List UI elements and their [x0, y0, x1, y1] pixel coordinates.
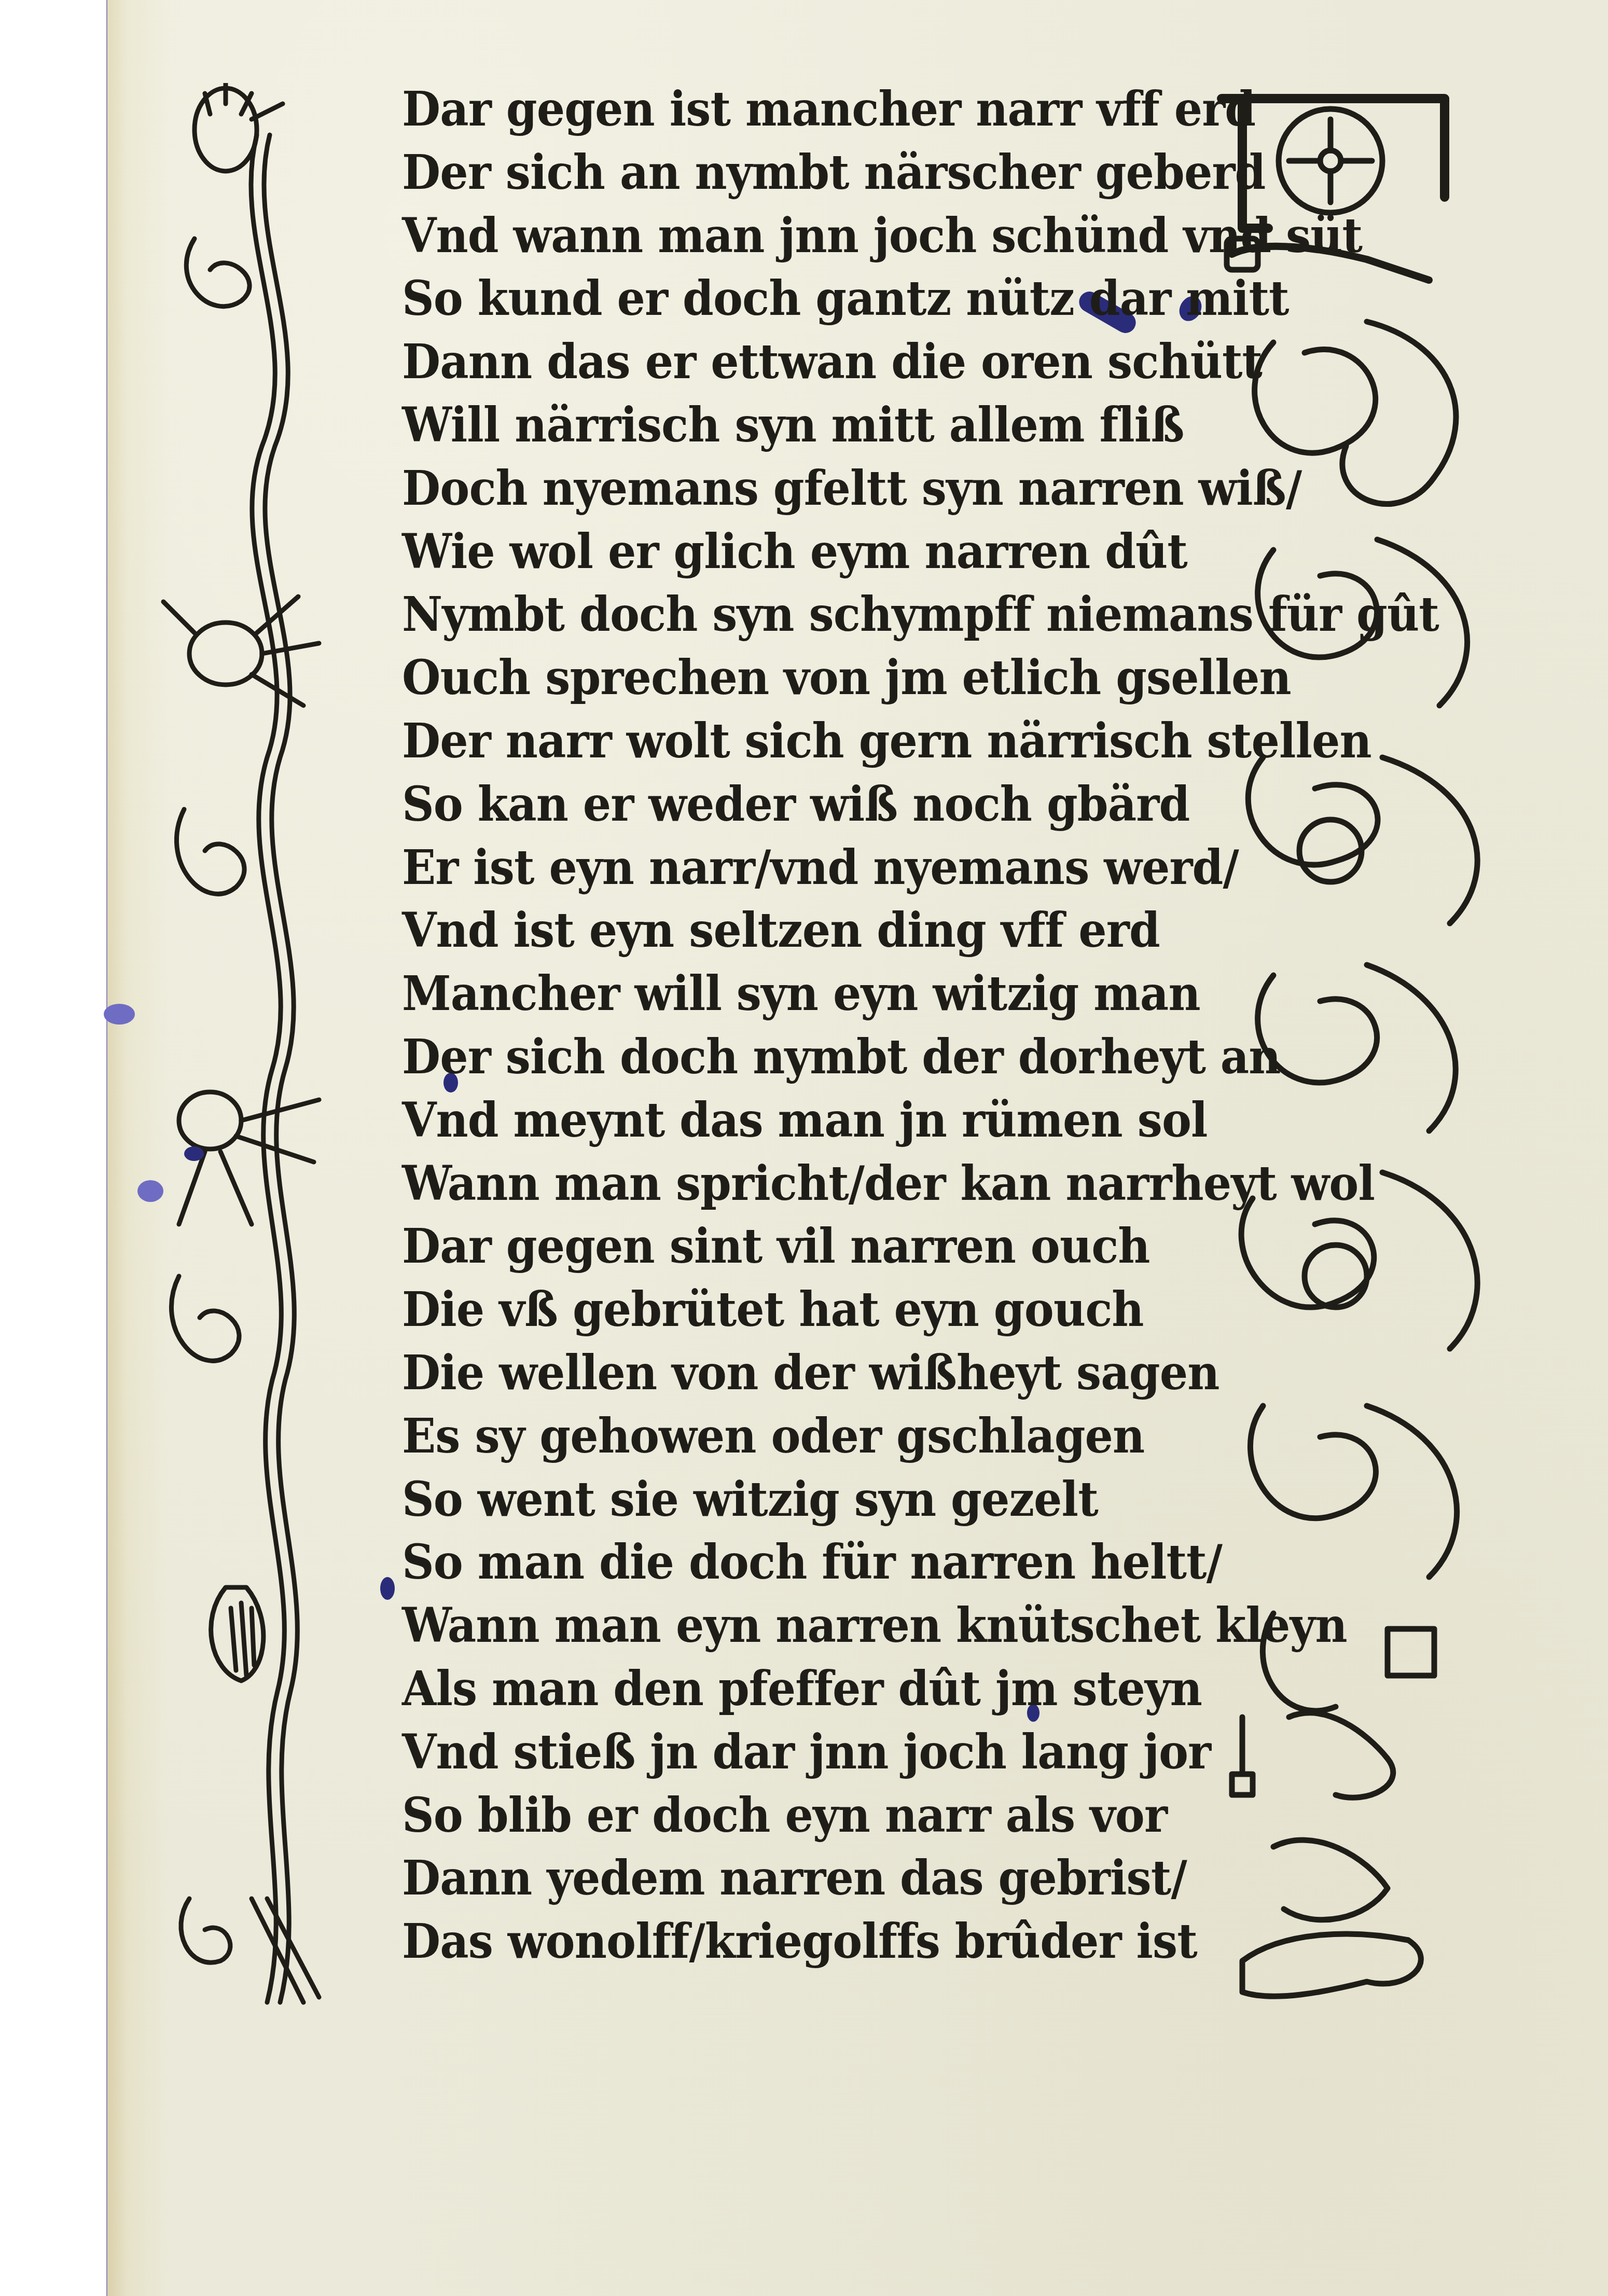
verse-line: Mancher will syn eyn witzig man	[402, 962, 1319, 1026]
verse-line: Doch nyemans gfeltt syn narren wiß/	[402, 457, 1319, 520]
verse-line: Wann man eyn narren knütschet kleyn	[402, 1594, 1319, 1657]
verse-line: Vnd wann man jnn joch schünd vnd süt	[402, 204, 1319, 268]
verse-line: Der narr wolt sich gern närrisch stellen	[402, 710, 1319, 773]
verse-text-block: Dar gegen ist mancher narr vff erd Der s…	[402, 78, 1388, 1973]
verse-line: Vnd ist eyn seltzen ding vff erd	[402, 899, 1319, 962]
left-woodcut-border-icon	[148, 83, 366, 2106]
verse-line: Dann das er ettwan die oren schütt	[402, 330, 1319, 394]
verse-line: Dar gegen sint vil narren ouch	[402, 1215, 1319, 1278]
verse-line: Die wellen von der wißheyt sagen	[402, 1341, 1319, 1405]
verse-line: Wie wol er glich eym narren dût	[402, 520, 1319, 584]
verse-line: So went sie witzig syn gezelt	[402, 1468, 1319, 1531]
verse-line: Er ist eyn narr/vnd nyemans werd/	[402, 836, 1319, 900]
verse-line: Der sich an nymbt närscher geberd	[402, 141, 1319, 204]
verse-line: Ouch sprechen von jm etlich gsellen	[402, 646, 1319, 710]
verse-line: Vnd stieß jn dar jnn joch lang jor	[402, 1721, 1319, 1784]
verse-line: Dann yedem narren das gebrist/	[402, 1847, 1319, 1910]
verse-line: Die vß gebrütet hat eyn gouch	[402, 1278, 1319, 1341]
book-page: Dar gegen ist mancher narr vff erd Der s…	[106, 0, 1608, 2296]
verse-line: Als man den pfeffer dût jm steyn	[402, 1657, 1319, 1721]
blue-ink-dot	[184, 1146, 204, 1161]
verse-line: Will närrisch syn mitt allem fliß	[402, 394, 1319, 457]
verse-line: So kund er doch gantz nütz dar mitt	[402, 267, 1319, 330]
verse-line: Es sy gehowen oder gschlagen	[402, 1405, 1319, 1468]
verse-line: Vnd meynt das man jn rümen sol	[402, 1089, 1319, 1152]
verse-line: Das wonolff/kriegolffs brûder ist	[402, 1910, 1319, 1973]
blue-ink-dot	[380, 1577, 395, 1600]
verse-line: So blib er doch eyn narr als vor	[402, 1784, 1319, 1847]
blue-ink-dot	[137, 1180, 163, 1202]
verse-line: Dar gegen ist mancher narr vff erd	[402, 78, 1319, 141]
verse-line: Nymbt doch syn schympff niemans für gût	[402, 583, 1319, 646]
verse-line: So kan er weder wiß noch gbärd	[402, 773, 1319, 836]
verse-line: Wann man spricht/der kan narrheyt wol	[402, 1152, 1319, 1215]
blue-ink-dot	[104, 1004, 135, 1025]
verse-line: Der sich doch nymbt der dorheyt an	[402, 1026, 1319, 1089]
verse-line: So man die doch für narren heltt/	[402, 1531, 1319, 1594]
